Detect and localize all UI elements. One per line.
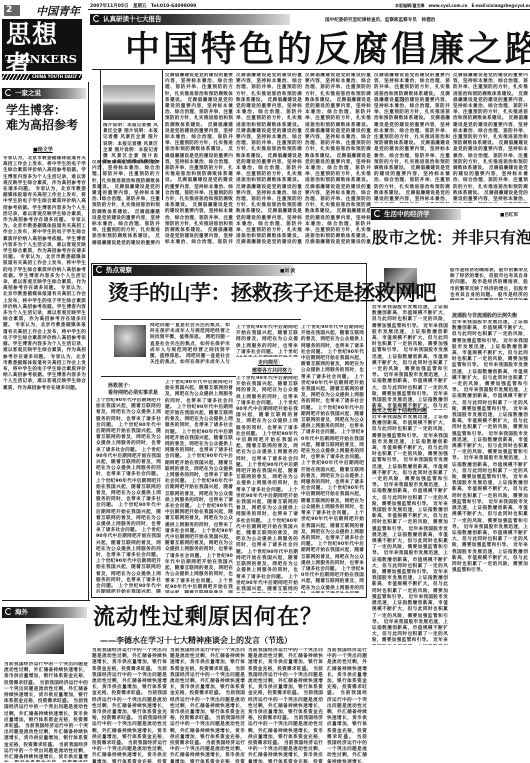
econ-subhead2: 流通股与非流通股的比例失衡: [452, 312, 517, 319]
tagline-bar: CHINA YOUTH DAILY: [2, 74, 82, 80]
hot-body-col4: 上个世纪90年代中后期网吧开始在我国兴起，随着互联网的普及，网吧在为公众提供上网…: [301, 325, 364, 593]
lead-body-col5: 反腐倡廉建设是党的建设的重要内容，坚持标本兼治、综合治理、惩防并举、注重预防的方…: [374, 73, 450, 203]
hot-intro-rule: [101, 376, 236, 377]
section-title: 思想者: [6, 20, 82, 80]
bottom-section-label: 海外: [2, 607, 87, 618]
hot-section-label: 热点观察: [93, 265, 293, 276]
bottom-subheadline: ——李德水在学习十七大精神座谈会上的发言（节选）: [100, 635, 292, 646]
section-title-en: THINKERS: [5, 52, 77, 66]
hot-body-col3: 上个世纪90年代中后期网吧开始在我国兴起，随着互联网的普及，网吧在为公众提供上网…: [236, 376, 298, 593]
lead-body-col6: 反腐倡廉建设是党的建设的重要内容，坚持标本兼治、综合治理、惩防并举、注重预防的方…: [453, 73, 528, 203]
lead-body-col2: 反腐倡廉建设是党的建设的重要内容，坚持标本兼治、综合治理、惩防并举、注重预防的方…: [165, 73, 233, 245]
hot-subhead1-line1: 拯救孩子：: [108, 382, 133, 389]
hot-byline: ■刘 波: [280, 268, 295, 274]
econ-body-col2: 近年来我国股市发展迅速，上证指数屡创新高，市值规模不断扩大，但与此同时也积累了一…: [452, 320, 528, 645]
hot-intro: 网吧问题一直是社会关注的焦点，如何在保护未成年人与规范网吧经营之间找到平衡，值得…: [150, 323, 230, 365]
econ-body-col1: 近年来我国股市发展迅速，上证指数屡创新高，市值规模不断扩大，但与此同时也积累了一…: [372, 305, 448, 410]
hot-subhead1-line2: 看待网吧必须实事求是: [108, 389, 158, 396]
econ-top-rule: [370, 207, 530, 208]
hot-headline-rule: [101, 319, 301, 320]
lead-body-col1: 反腐倡廉建设是党的建设的重要内容，坚持标本兼治、综合治理、惩防并举、注重预防的方…: [92, 160, 160, 245]
hot-body-col1: 上个世纪90年代中后期网吧开始在我国兴起，随着互联网的普及，网吧在为公众提供上网…: [96, 398, 161, 593]
left-bottom-rule: [2, 600, 90, 601]
bottom-photo-caption: 当前我国经济运行中的一个突出问题是流动性过剩，外汇储备持续快速增长，货币供应量增…: [4, 662, 88, 762]
left-headline-line2: 难为高招参考: [6, 118, 78, 132]
econ-intro: 股市是经济的晴雨表，股市的繁荣反映了经济的增长，但股市也有其自身的问题。 股市是…: [450, 268, 528, 300]
section-title-block: 思想者 THINKERS: [2, 19, 82, 71]
left-body: 专家认为，北京市教委据媒体报道有关高招工作会上发布，将中学生的电子学生综合素质评…: [3, 156, 86, 596]
masthead-block: 2 中国青年报 思想者 THINKERS CHINA YOUTH DAILY: [0, 0, 88, 82]
lead-body-col3: 反腐倡廉建设是党的建设的重要内容，坚持标本兼治、综合治理、惩防并举、注重预防的方…: [236, 73, 302, 245]
tagline: CHINA YOUTH DAILY: [30, 74, 79, 80]
left-headline-line1: 学生博客：: [6, 103, 66, 117]
lead-photo-caption: 图片说明：本报记者摄 风景区全景 图片说明：本报记者摄 风景区全景 图片说明：本…: [103, 123, 158, 163]
hot-body-col3-top: 上个世纪90年代中后期网吧开始在我国兴起，随着互联网的普及，网吧在为公众提供上网…: [236, 325, 298, 357]
header-rule: [88, 9, 530, 10]
bottom-headline: 流动性过剩原因何在？: [93, 604, 323, 632]
lead-photo: [103, 85, 155, 120]
lead-rule: [92, 69, 530, 70]
lead-byline: 国中纪委研究室纪律检查员、监察部监察专员 杨德治: [325, 17, 435, 23]
econ-subhead1: 股市之忧在于结构性问题: [372, 407, 427, 414]
left-section-label: 一家之说: [2, 88, 86, 99]
page-number-badge: 2: [4, 5, 20, 16]
bottom-body-col3: 当前我国经济运行中的一个突出问题是流动性过剩，外汇储备持续快速增长，货币供应量增…: [248, 648, 323, 763]
bottom-photo: [26, 624, 64, 654]
econ-headline: 股市之忧：并非只有泡沫: [372, 228, 530, 248]
econ-byline: ■吕红军: [500, 212, 518, 218]
section-icon: [5, 89, 12, 96]
hot-headline: 烫手的山芋：拯救孩子还是拯救网吧: [108, 280, 436, 306]
lead-body-col4: 反腐倡廉建设是党的建设的重要内容，坚持标本兼治、综合治理、惩防并举、注重预防的方…: [305, 73, 371, 245]
left-vrule: [88, 82, 89, 600]
left-byline: ■杨文学: [33, 146, 53, 153]
hot-subhead2-line2: 需要各方共同努力: [252, 367, 292, 374]
lead-headline: 中国特色的反腐倡廉之路: [125, 30, 530, 70]
econ-section-label: 生活中的经济学: [371, 209, 461, 220]
section-icon: [96, 266, 103, 273]
econ-body-col1b: 近年来我国股市发展迅速，上证指数屡创新高，市值规模不断扩大，但与此同时也积累了一…: [372, 415, 448, 645]
bottom-body-col4: 当前我国经济运行中的一个突出问题是流动性过剩，外汇储备持续快速增长，货币供应量增…: [327, 648, 367, 763]
hot-body-col2: 上个世纪90年代中后期网吧开始在我国兴起，随着互联网的普及，网吧在为公众提供上网…: [165, 380, 233, 593]
bottom-body-col1: 当前我国经济运行中的一个突出问题是流动性过剩，外汇储备持续快速增长，货币供应量增…: [92, 648, 167, 763]
hot-subhead2-line1: 走向规范：: [258, 359, 283, 366]
lead-section-label: 认真研读十七大报告: [90, 14, 290, 25]
section-icon: [5, 608, 12, 615]
lead-left-vrule2: [162, 70, 163, 200]
section-icon: [93, 15, 100, 22]
section-icon: [374, 210, 381, 217]
bottom-body-col2: 当前我国经济运行中的一个突出问题是流动性过剩，外汇储备持续快速增长，货币供应量增…: [170, 648, 245, 763]
hot-photo: [114, 325, 146, 357]
